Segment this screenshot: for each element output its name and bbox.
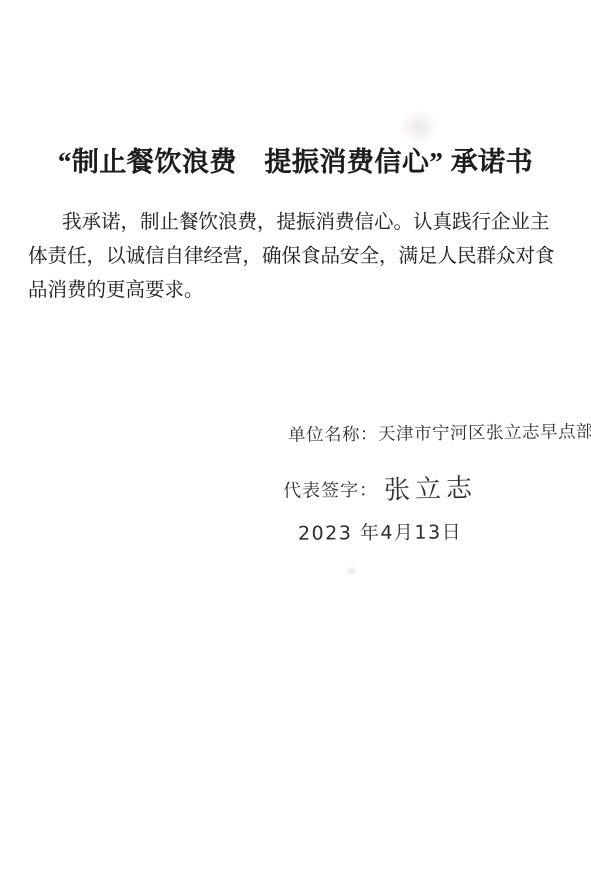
signer-label: 代表签字： <box>283 480 378 502</box>
unit-name-label: 单位名称： <box>288 425 378 446</box>
date-line: 2023 年4月13日 <box>298 517 462 545</box>
body-paragraph: 我承诺，制止餐饮浪费，提振消费信心。认真践行企业主 体责任，以诚信自律经营，确保… <box>28 206 568 308</box>
scanned-document-page: “制止餐饮浪费 提振消费信心” 承诺书 我承诺，制止餐饮浪费，提振消费信心。认真… <box>0 0 591 886</box>
scan-speck <box>344 566 358 576</box>
body-line-1: 我承诺，制止餐饮浪费，提振消费信心。认真践行企业主 <box>28 206 568 240</box>
signer-name-handwritten: 张立志 <box>384 468 478 507</box>
document-title: “制止餐饮浪费 提振消费信心” 承诺书 <box>0 140 591 179</box>
unit-name-value: 天津市宁河区张立志早点部 <box>378 422 591 445</box>
scan-smudge <box>398 110 440 144</box>
representative-signature-line: 代表签字：张立志 <box>283 466 477 504</box>
body-line-3: 品消费的更高要求。 <box>28 274 568 308</box>
body-line-2: 体责任，以诚信自律经营，确保食品安全，满足人民群众对食 <box>28 240 568 274</box>
unit-name-line: 单位名称：天津市宁河区张立志早点部 <box>288 418 591 447</box>
